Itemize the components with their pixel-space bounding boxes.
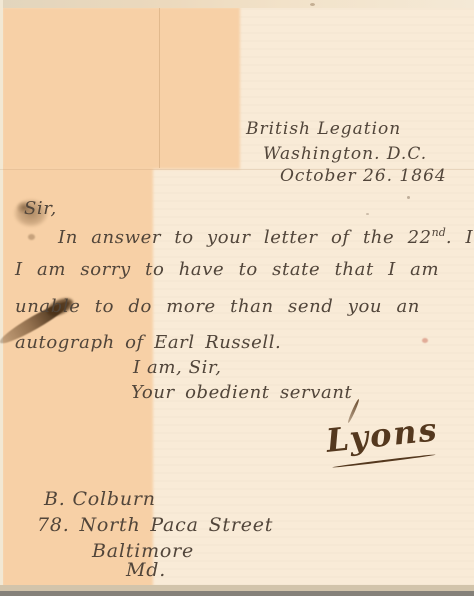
- fold-crease-vertical: [159, 8, 160, 168]
- paper-speck: [310, 3, 315, 6]
- scan-edge-top: [0, 0, 474, 8]
- body-line-2: I am sorry to have to state that I am: [15, 259, 439, 282]
- paper-tone-top: [2, 7, 240, 169]
- body-line-1: In answer to your letter of the 22nd. In…: [58, 226, 474, 250]
- heading-date-line: October 26. 1864: [280, 166, 447, 187]
- body-line-1-end: . Instant: [446, 227, 474, 248]
- heading-place-line: British Legation: [246, 119, 401, 140]
- ink-dot-stain: [28, 234, 35, 240]
- closing-line-1: I am, Sir,: [133, 357, 222, 380]
- body-line-3: unable to do more than send you an: [15, 296, 420, 319]
- body-line-4: autograph of Earl Russell.: [15, 332, 281, 355]
- salutation: Sir,: [24, 198, 57, 221]
- scan-edge-left: [0, 0, 3, 596]
- ordinal-superscript: nd: [432, 226, 446, 239]
- paper-speck-pink: [422, 338, 428, 343]
- letter-scan: British Legation Washington. D.C. Octobe…: [0, 0, 474, 596]
- closing-line-2: Your obedient servant: [131, 382, 352, 405]
- paper-speck: [366, 213, 369, 215]
- paper-speck: [407, 196, 410, 199]
- heading-city-line: Washington. D.C.: [263, 144, 427, 165]
- recipient-state: Md.: [126, 559, 166, 583]
- body-line-1-text: In answer to your letter of the 22: [58, 227, 432, 248]
- recipient-street: 78. North Paca Street: [37, 514, 273, 538]
- signature: Lyons: [324, 410, 440, 460]
- recipient-name: B. Colburn: [44, 488, 156, 512]
- scan-edge-bottom-line: [0, 591, 474, 596]
